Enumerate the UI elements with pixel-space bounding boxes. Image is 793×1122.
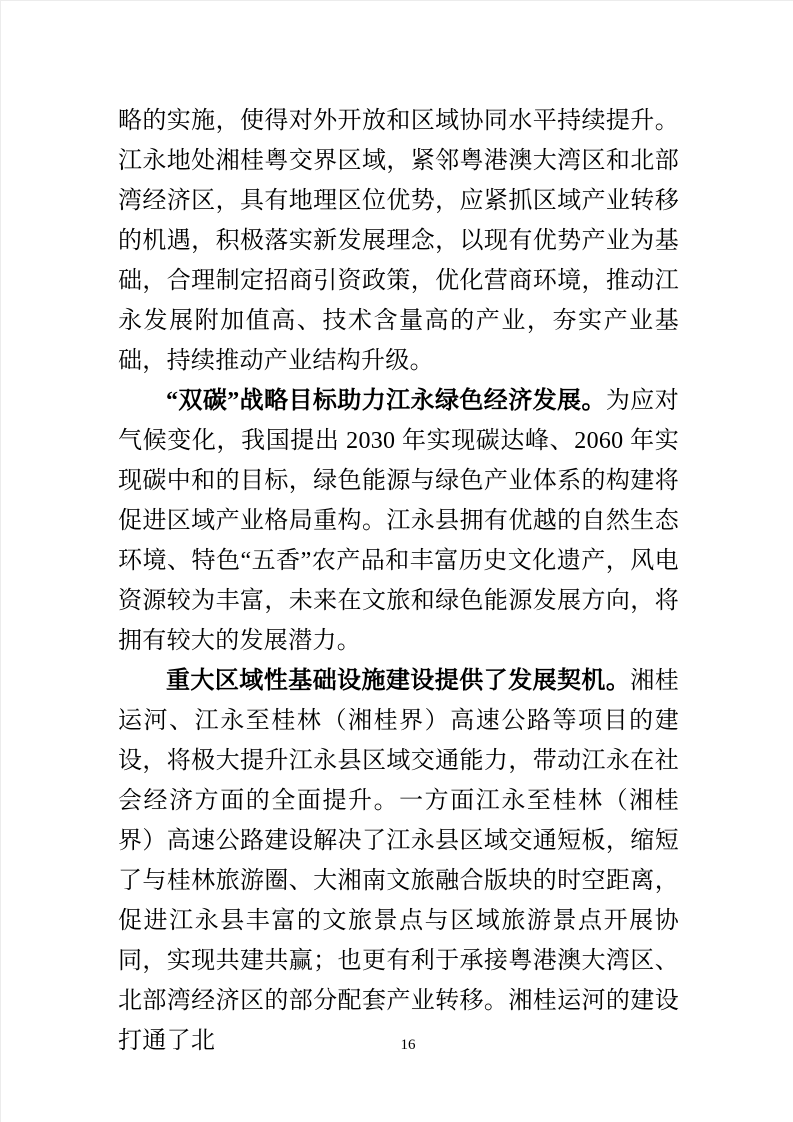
document-page: 略的实施，使得对外开放和区域协同水平持续提升。江永地处湘桂粤交界区域，紧邻粤港澳…: [0, 0, 793, 1122]
body-text: 略的实施，使得对外开放和区域协同水平持续提升。江永地处湘桂粤交界区域，紧邻粤港澳…: [118, 108, 679, 374]
bold-lead-text: 重大区域性基础设施建设提供了发展契机。: [166, 668, 630, 694]
paragraph: “双碳”战略目标助力江永绿色经济发展。为应对气候变化，我国提出 2030 年实现…: [118, 381, 679, 661]
bold-lead-text: “双碳”战略目标助力江永绿色经济发展。: [166, 388, 606, 414]
body-text: 湘桂运河、江永至桂林（湘桂界）高速公路等项目的建设，将极大提升江永县区域交通能力…: [118, 668, 679, 1054]
body-text: 为应对气候变化，我国提出 2030 年实现碳达峰、2060 年实现碳中和的目标，…: [118, 388, 679, 654]
paragraph: 重大区域性基础设施建设提供了发展契机。湘桂运河、江永至桂林（湘桂界）高速公路等项…: [118, 661, 679, 1061]
paragraph: 略的实施，使得对外开放和区域协同水平持续提升。江永地处湘桂粤交界区域，紧邻粤港澳…: [118, 101, 679, 381]
page-number: 16: [12, 1035, 793, 1055]
document-body: 略的实施，使得对外开放和区域协同水平持续提升。江永地处湘桂粤交界区域，紧邻粤港澳…: [118, 101, 679, 1061]
